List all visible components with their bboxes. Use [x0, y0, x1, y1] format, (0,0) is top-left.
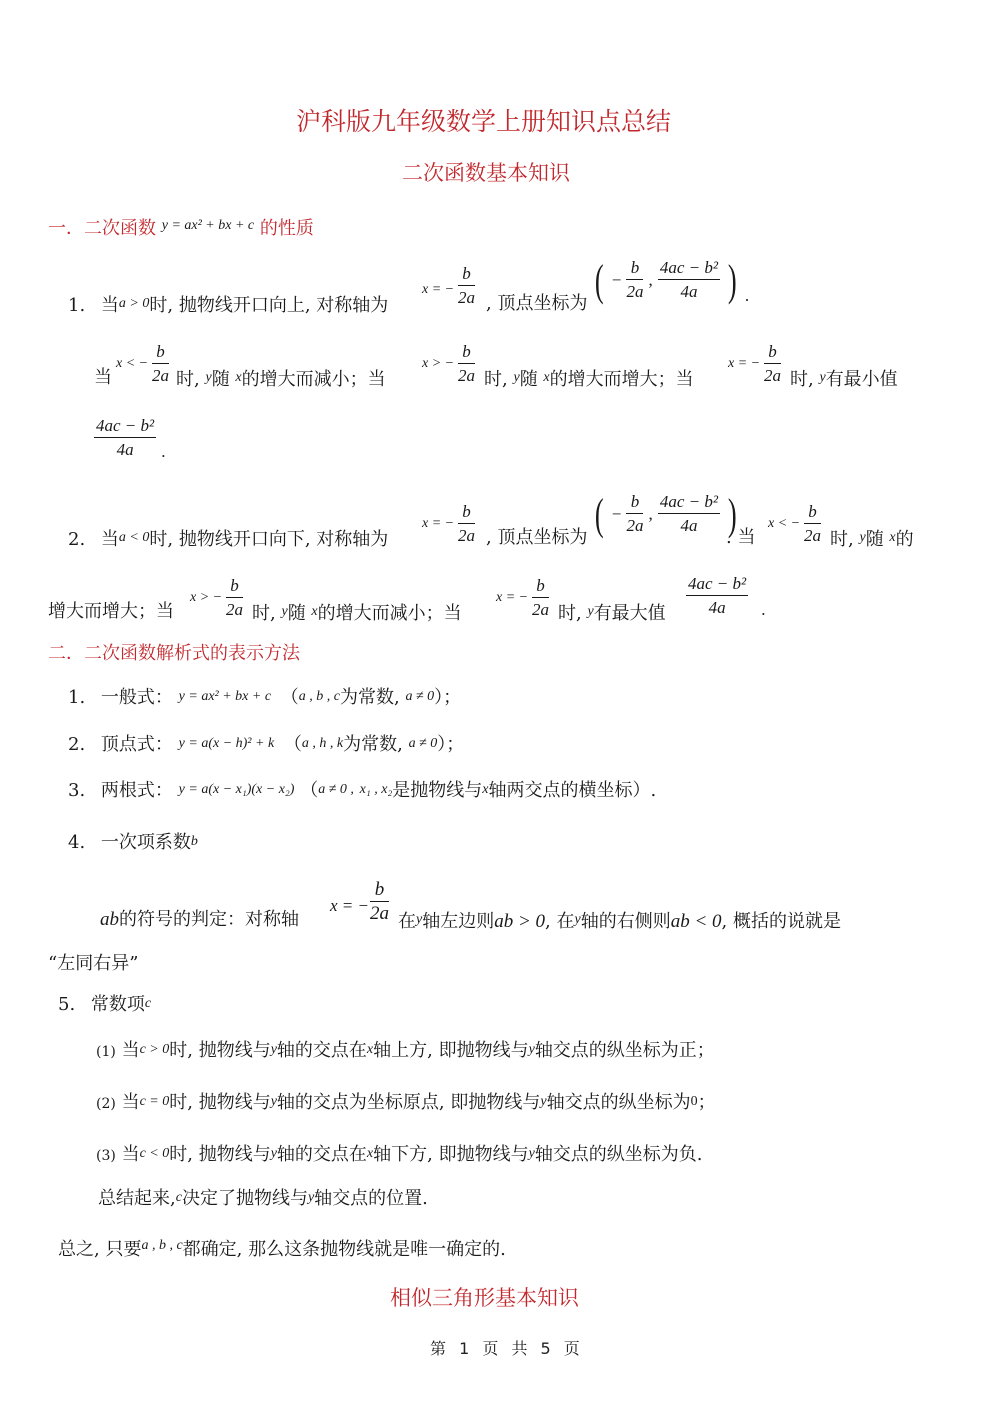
math-lhs: x = −: [422, 516, 454, 532]
text: 随: [520, 369, 538, 390]
comma: ,: [649, 271, 653, 290]
s1-item1-line1: 1. 当a > 0时, 抛物线开口向上, 对称轴为: [68, 292, 388, 318]
text: 时, 抛物线开口向下, 对称轴为: [149, 529, 388, 550]
text: , 在: [545, 911, 574, 932]
math-number: 0: [691, 1094, 698, 1109]
s1-item2-line1: 2. 当a < 0时, 抛物线开口向下, 对称轴为: [68, 526, 388, 552]
fraction-numerator: b: [458, 502, 475, 524]
fraction-denominator: 4a: [658, 514, 720, 537]
text: 当: [94, 366, 112, 390]
text: 有最小值: [826, 369, 898, 390]
math-condition: c = 0: [140, 1094, 170, 1109]
fraction: b 2a: [804, 502, 821, 547]
text: 随: [288, 603, 306, 624]
fraction: b 2a: [532, 576, 549, 621]
fraction-numerator: b: [458, 264, 475, 286]
fraction-numerator: b: [152, 342, 169, 364]
fraction-numerator: b: [226, 576, 243, 598]
text: 当: [122, 1144, 140, 1165]
s1-item1-line2c: 时, y有最小值: [790, 366, 898, 392]
s2-item4-line2b: 在y轴左边则ab > 0, 在y轴的右侧则ab < 0, 概括的说就是: [398, 908, 841, 934]
fraction: b 2a: [226, 576, 243, 621]
math-vars: a , b , c: [141, 1238, 182, 1253]
left-paren-icon: (: [595, 259, 604, 303]
fraction-denominator: 4a: [686, 596, 748, 619]
fraction: b 2a: [458, 502, 475, 547]
period: .: [161, 442, 165, 461]
s2-item5-case2: (2) 当c = 0时, 抛物线与y轴的交点为坐标原点, 即抛物线与y轴交点的纵…: [96, 1090, 716, 1116]
fraction: b 2a: [370, 880, 389, 925]
math-formula: y = a(x − h)² + k: [179, 736, 275, 751]
text: 时,: [558, 603, 582, 624]
math-lhs: x = −: [422, 282, 454, 298]
math-formula: y = ax² + bx + c: [179, 689, 271, 704]
fraction-denominator: 2a: [626, 514, 643, 537]
text: 时,: [252, 603, 276, 624]
s1-item1-line2b: 时, y随 x的增大而增大；当: [484, 366, 694, 392]
text: 常数项: [91, 994, 145, 1015]
s1-item2-line1-end: 时, y随 x的: [830, 526, 914, 552]
math-var: b: [191, 834, 198, 849]
math-condition: a ≠ 0: [405, 689, 434, 704]
text: 总结起来,: [98, 1188, 176, 1209]
section1-heading-suffix: 的性质: [260, 218, 314, 239]
item-number: 5.: [58, 994, 75, 1015]
s1-item2-vertex: ( − b 2a , 4ac − b² 4a ): [592, 492, 740, 537]
fraction-denominator: 2a: [458, 286, 475, 309]
fraction-numerator: b: [532, 576, 549, 598]
text: 随: [212, 369, 230, 390]
case-number: (2): [96, 1096, 116, 1112]
fraction-numerator: b: [626, 492, 643, 514]
text: 的增大而增大；当: [550, 369, 694, 390]
item-number: 2.: [68, 529, 85, 550]
text: 轴交点的纵坐标为: [547, 1092, 691, 1113]
case-number: (3): [96, 1148, 116, 1164]
text: 轴两交点的横坐标）.: [489, 780, 657, 801]
document-subtitle: 二次函数基本知识: [402, 157, 570, 187]
fraction-denominator: 4a: [94, 438, 156, 461]
text: 轴左边则: [422, 911, 494, 932]
math-vars: x₁ , x₂: [360, 782, 393, 797]
period: .: [745, 286, 749, 305]
text: 有最大值: [594, 603, 666, 624]
fraction: b 2a: [458, 342, 475, 387]
math-vars: a , b , c: [299, 689, 340, 704]
page-footer: 第 1 页 共 5 页: [430, 1336, 584, 1359]
s1-item1-vertex: ( − b 2a , 4ac − b² 4a ) .: [592, 258, 749, 306]
text: 为常数,: [340, 687, 400, 708]
text: 为常数,: [343, 734, 403, 755]
text: 是抛物线与: [392, 780, 482, 801]
fraction-denominator: 2a: [458, 524, 475, 547]
math-condition: a ≠ 0: [409, 736, 438, 751]
text: 轴的交点为坐标原点, 即抛物线与: [277, 1092, 540, 1113]
text: 都确定, 那么这条抛物线就是唯一确定的.: [183, 1239, 506, 1260]
math-formula: y = a(x − x₁)(x − x₂): [179, 782, 295, 797]
text: 决定了抛物线与: [182, 1188, 308, 1209]
text: （: [300, 780, 318, 801]
fraction-numerator: 4ac − b²: [658, 492, 720, 514]
math-condition: ab < 0: [671, 911, 722, 932]
conclusion: 总之, 只要a , b , c都确定, 那么这条抛物线就是唯一确定的.: [58, 1234, 506, 1262]
s1-item2-line2b: 时, y有最大值: [558, 600, 666, 626]
text: （: [281, 687, 299, 708]
text: 两根式：: [101, 780, 173, 801]
text: 时, 抛物线开口向上, 对称轴为: [149, 295, 388, 316]
math-condition: a ≠ 0 ,: [318, 782, 354, 797]
text: 在: [398, 911, 416, 932]
s2-item5: 5. 常数项c: [58, 992, 151, 1017]
fraction-numerator: 4ac − b²: [686, 574, 748, 596]
section1-heading-prefix: 一．二次函数: [48, 218, 156, 239]
min-value: 4ac − b² 4a .: [94, 416, 165, 462]
fraction-numerator: b: [804, 502, 821, 524]
text: 轴的交点在: [277, 1040, 367, 1061]
max-value: 4ac − b² 4a .: [686, 574, 765, 620]
section2-heading: 二．二次函数解析式的表示方法: [48, 639, 300, 665]
case-number: (1): [96, 1044, 116, 1060]
text: 总之, 只要: [58, 1239, 141, 1260]
item-number: 2.: [68, 734, 85, 755]
text: 时, 抛物线与: [169, 1092, 270, 1113]
text: 的: [896, 529, 914, 550]
item-number: 3.: [68, 780, 85, 801]
text: 时, 抛物线与: [169, 1144, 270, 1165]
fraction-denominator: 2a: [370, 902, 389, 925]
item-number: 1.: [68, 295, 85, 316]
text: ；: [698, 1092, 716, 1113]
fraction-numerator: 4ac − b²: [94, 416, 156, 438]
math-lhs: x = −: [496, 590, 528, 606]
text: 轴交点的纵坐标为负.: [535, 1144, 703, 1165]
text: 时,: [790, 369, 814, 390]
text: 当: [122, 1092, 140, 1113]
text: ）；: [437, 734, 464, 755]
fraction-denominator: 2a: [152, 364, 169, 387]
text: 时, 抛物线与: [169, 1040, 270, 1061]
text: 的增大而减小；当: [242, 369, 386, 390]
text: 当: [122, 1040, 140, 1061]
text: 轴交点的位置.: [314, 1188, 428, 1209]
s2-item5-case3: (3) 当c < 0时, 抛物线与y轴的交点在x轴下方, 即抛物线与y轴交点的纵…: [96, 1142, 703, 1168]
s2-item4: 4. 一次项系数b: [68, 830, 198, 855]
fraction: 4ac − b² 4a: [658, 492, 720, 537]
section1-heading: 一．二次函数 y = ax² + bx + c 的性质: [48, 214, 314, 240]
text: 当: [101, 295, 119, 316]
s2-item5-case1: (1) 当c > 0时, 抛物线与y轴的交点在x轴上方, 即抛物线与y轴交点的纵…: [96, 1038, 715, 1064]
math-vars: a , h , k: [302, 736, 343, 751]
text: ）；: [434, 687, 461, 708]
text: 轴的交点在: [277, 1144, 367, 1165]
period: .: [761, 600, 765, 619]
math-lhs: x > −: [190, 590, 222, 606]
fraction-denominator: 4a: [658, 280, 720, 303]
fraction: b 2a: [458, 264, 475, 309]
math-condition: c < 0: [140, 1146, 170, 1161]
fraction-denominator: 2a: [764, 364, 781, 387]
fraction-denominator: 2a: [804, 524, 821, 547]
text: 增大而增大；当: [48, 600, 174, 624]
fraction: b 2a: [626, 492, 643, 537]
next-section-title: 相似三角形基本知识: [390, 1282, 579, 1312]
item-number: 1.: [68, 687, 85, 708]
fraction-denominator: 2a: [458, 364, 475, 387]
fraction: b 2a: [152, 342, 169, 387]
fraction-numerator: b: [370, 880, 389, 902]
math-condition: a > 0: [119, 296, 149, 311]
section1-heading-formula: y = ax² + bx + c: [162, 218, 254, 233]
math-lhs: x = −: [330, 896, 369, 916]
fraction-denominator: 2a: [626, 280, 643, 303]
text: . 当: [726, 526, 755, 550]
text: , 顶点坐标为: [486, 292, 587, 316]
text: （: [284, 734, 302, 755]
text: 顶点式：: [101, 734, 173, 755]
math-var: c: [145, 996, 151, 1011]
s1-item1-line2a: 时, y随 x的增大而减小；当: [176, 366, 386, 392]
fraction-denominator: 2a: [532, 598, 549, 621]
minus: −: [612, 505, 622, 524]
text: 的符号的判定：对称轴: [119, 909, 299, 930]
text: 轴上方, 即抛物线与: [373, 1040, 528, 1061]
document-title: 沪科版九年级数学上册知识点总结: [296, 102, 671, 138]
math-lhs: x < −: [116, 356, 148, 372]
right-paren-icon: ): [728, 259, 737, 303]
fraction-denominator: 2a: [226, 598, 243, 621]
fraction: b 2a: [626, 258, 643, 303]
text: 一次项系数: [101, 832, 191, 853]
left-paren-icon: (: [595, 493, 604, 537]
text: , 概括的说就是: [722, 911, 841, 932]
motto: “左同右异”: [48, 952, 138, 976]
s2-item4-line2a: ab的符号的判定：对称轴: [100, 908, 299, 932]
fraction-numerator: 4ac − b²: [658, 258, 720, 280]
math-condition: a < 0: [119, 530, 149, 545]
math-condition: ab > 0: [494, 911, 545, 932]
s2-item3: 3. 两根式： y = a(x − x₁)(x − x₂) （a ≠ 0 , x…: [68, 778, 656, 803]
text: 轴下方, 即抛物线与: [373, 1144, 528, 1165]
math-var: ab: [100, 909, 119, 930]
s2-item1: 1. 一般式： y = ax² + bx + c （a , b , c为常数, …: [68, 685, 461, 710]
text: 时,: [176, 369, 200, 390]
s2-item2: 2. 顶点式： y = a(x − h)² + k （a , h , k为常数,…: [68, 732, 464, 757]
fraction: b 2a: [764, 342, 781, 387]
math-lhs: x > −: [422, 356, 454, 372]
s1-item2-line2a: 时, y随 x的增大而减小；当: [252, 600, 462, 626]
text: 的增大而减小；当: [318, 603, 462, 624]
text: 随: [866, 529, 884, 550]
text: 当: [101, 529, 119, 550]
fraction: 4ac − b² 4a: [686, 574, 748, 619]
text: 时,: [830, 529, 854, 550]
text: 时,: [484, 369, 508, 390]
document-page: 沪科版九年级数学上册知识点总结 二次函数基本知识 一．二次函数 y = ax² …: [0, 0, 991, 1402]
text: 轴交点的纵坐标为正；: [535, 1040, 715, 1061]
text: , 顶点坐标为: [486, 526, 587, 550]
fraction-numerator: b: [626, 258, 643, 280]
minus: −: [612, 271, 622, 290]
fraction-numerator: b: [458, 342, 475, 364]
fraction-numerator: b: [764, 342, 781, 364]
text: 轴的右侧则: [581, 911, 671, 932]
comma: ,: [649, 505, 653, 524]
fraction: 4ac − b² 4a: [658, 258, 720, 303]
math-lhs: x = −: [728, 356, 760, 372]
text: 一般式：: [101, 687, 173, 708]
fraction: 4ac − b² 4a: [94, 416, 156, 461]
s2-item5-summary: 总结起来,c决定了抛物线与y轴交点的位置.: [98, 1186, 428, 1211]
math-condition: c > 0: [140, 1042, 170, 1057]
item-number: 4.: [68, 832, 85, 853]
math-lhs: x < −: [768, 516, 800, 532]
